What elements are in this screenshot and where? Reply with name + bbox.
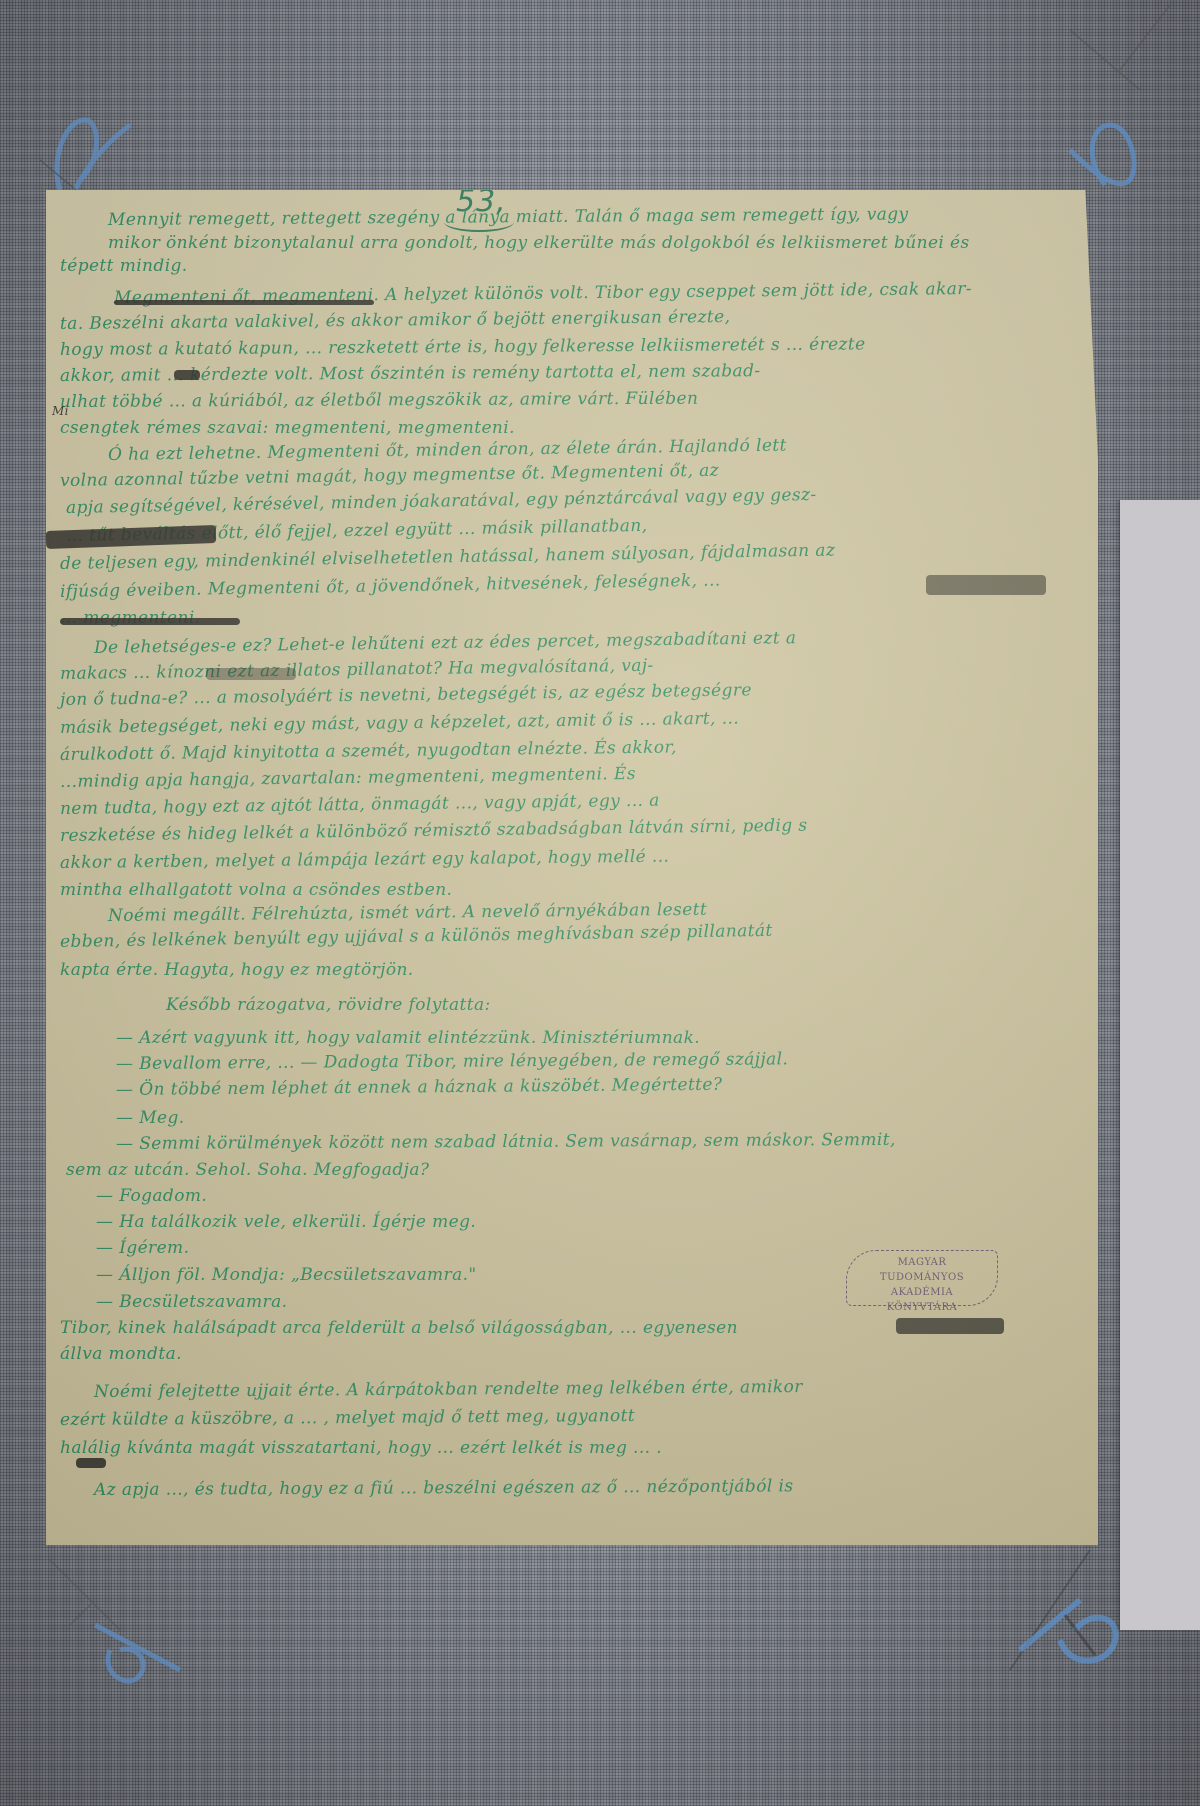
- text-line: Megmenteni őt, megmenteni. A helyzet kül…: [114, 279, 972, 308]
- crossed-out-text: [60, 618, 240, 625]
- text-line: ebben, és lelkének benyúlt egy ujjával s…: [60, 921, 773, 952]
- text-line: volna azonnal tűzbe vetni magát, hogy me…: [60, 461, 719, 491]
- text-line: reszketése és hideg lelkét a különböző r…: [60, 816, 808, 846]
- margin-note: Mi: [52, 404, 69, 418]
- crossed-out-text: [46, 525, 217, 549]
- text-line: ta. Beszélni akarta valakivel, és akkor …: [60, 307, 731, 334]
- dialogue-line: — Becsületszavamra.: [96, 1292, 287, 1312]
- text-line: mintha elhallgatott volna a csöndes estb…: [60, 880, 452, 900]
- text-line: Tibor, kinek halálsápadt arca felderült …: [60, 1318, 738, 1338]
- library-stamp: MAGYAR TUDOMÁNYOS AKADÉMIA KÖNYVTÁRA: [846, 1250, 998, 1306]
- dialogue-line: — Ön többé nem léphet át ennek a háznak …: [116, 1075, 723, 1100]
- text-line: állva mondta.: [60, 1344, 182, 1364]
- text-line: árulkodott ő. Majd kinyitotta a szemét, …: [60, 737, 677, 765]
- text-line: ...mindig apja hangja, zavartalan: megme…: [60, 764, 636, 792]
- dialogue-line: — Fogadom.: [96, 1186, 207, 1206]
- crossed-out-text: [926, 575, 1046, 595]
- crossed-out-text: [206, 668, 296, 680]
- dialogue-line: — Ha találkozik vele, elkerüli. Ígérje m…: [96, 1212, 476, 1232]
- text-line: nem tudta, hogy ezt az ajtót látta, önma…: [60, 791, 660, 819]
- text-line: ... megmenteni.: [60, 608, 201, 628]
- text-line: halálig kívánta magát visszatartani, hog…: [60, 1438, 662, 1458]
- text-line: Az apja ..., és tudta, hogy ez a fiú ...…: [94, 1476, 794, 1500]
- text-line: jon ő tudna-e? ... a mosolyáért is nevet…: [60, 680, 752, 710]
- text-line: kapta érte. Hagyta, hogy ez megtörjön.: [60, 960, 414, 980]
- text-line: makacs ... kínozni ezt az illatos pillan…: [60, 656, 654, 684]
- text-line: Noémi megállt. Félrehúzta, ismét várt. A…: [108, 900, 707, 926]
- manuscript-page: 53, Mennyit remegett, rettegett szegény …: [46, 190, 1098, 1545]
- crossed-out-text: [114, 300, 374, 305]
- dialogue-line: — Semmi körülmények között nem szabad lá…: [116, 1130, 896, 1154]
- text-line: hogy most a kutató kapun, ... reszketett…: [60, 334, 866, 360]
- text-line: mikor önként bizonytalanul arra gondolt,…: [108, 233, 970, 253]
- text-line: de teljesen egy, mindenkinél elviselhete…: [60, 540, 836, 574]
- text-line: apja segítségével, kérésével, minden jóa…: [66, 485, 817, 518]
- text-line: csengtek rémes szavai: megmenteni, megme…: [60, 418, 515, 438]
- text-line: Később rázogatva, rövidre folytatta:: [166, 995, 491, 1015]
- text-line: akkor, amit ... kérdezte volt. Most őszi…: [60, 361, 761, 386]
- text-line: ifjúság éveiben. Megmenteni őt, a jövend…: [60, 570, 721, 602]
- dialogue-line: — Ígérem.: [96, 1238, 189, 1258]
- top-right-crayon-mark-icon: [1010, 0, 1180, 200]
- bottom-left-crayon-mark-icon: [40, 1550, 200, 1690]
- dialogue-line: — Álljon föl. Mondja: „Becsületszavamra.…: [96, 1265, 477, 1285]
- crossed-out-text: [76, 1458, 106, 1468]
- stamp-line: TUDOMÁNYOS AKADÉMIA: [847, 1270, 997, 1300]
- text-line: ... tűt beváltás előtt, élő fejjel, ezze…: [66, 516, 648, 546]
- dialogue-line: — Bevallom erre, ... — Dadogta Tibor, mi…: [116, 1049, 788, 1074]
- stamp-line: MAGYAR: [847, 1255, 997, 1270]
- text-line: akkor a kertben, melyet a lámpája lezárt…: [60, 847, 669, 873]
- crossed-out-text: [896, 1318, 1004, 1334]
- text-line: Noémi felejtette ujjait érte. A kárpátok…: [94, 1377, 803, 1402]
- crossed-out-text: [174, 370, 200, 380]
- text-line: ezért küldte a küszöbre, a ... , melyet …: [60, 1406, 635, 1430]
- text-line: De lehetséges-e ez? Lehet-e lehűteni ezt…: [94, 628, 797, 658]
- text-line: tépett mindig.: [60, 256, 188, 276]
- dialogue-line: sem az utcán. Sehol. Soha. Megfogadja?: [66, 1160, 429, 1180]
- stamp-line: KÖNYVTÁRA: [847, 1300, 997, 1315]
- dialogue-line: — Meg.: [116, 1108, 185, 1128]
- page-number-underline: [444, 212, 514, 232]
- text-line: ulhat többé ... a kúriából, az életből m…: [60, 389, 698, 412]
- text-line: Mennyit remegett, rettegett szegény a lá…: [108, 204, 909, 230]
- text-line: Ó ha ezt lehetne. Megmenteni őt, minden …: [108, 436, 787, 465]
- text-line: másik betegséget, neki egy mást, vagy a …: [60, 709, 739, 738]
- page-number: 53,: [456, 184, 507, 219]
- bottom-right-crayon-mark-icon: [1000, 1540, 1140, 1680]
- dialogue-line: — Azért vagyunk itt, hogy valamit elinté…: [116, 1028, 700, 1048]
- backing-sheet: [1120, 500, 1200, 1630]
